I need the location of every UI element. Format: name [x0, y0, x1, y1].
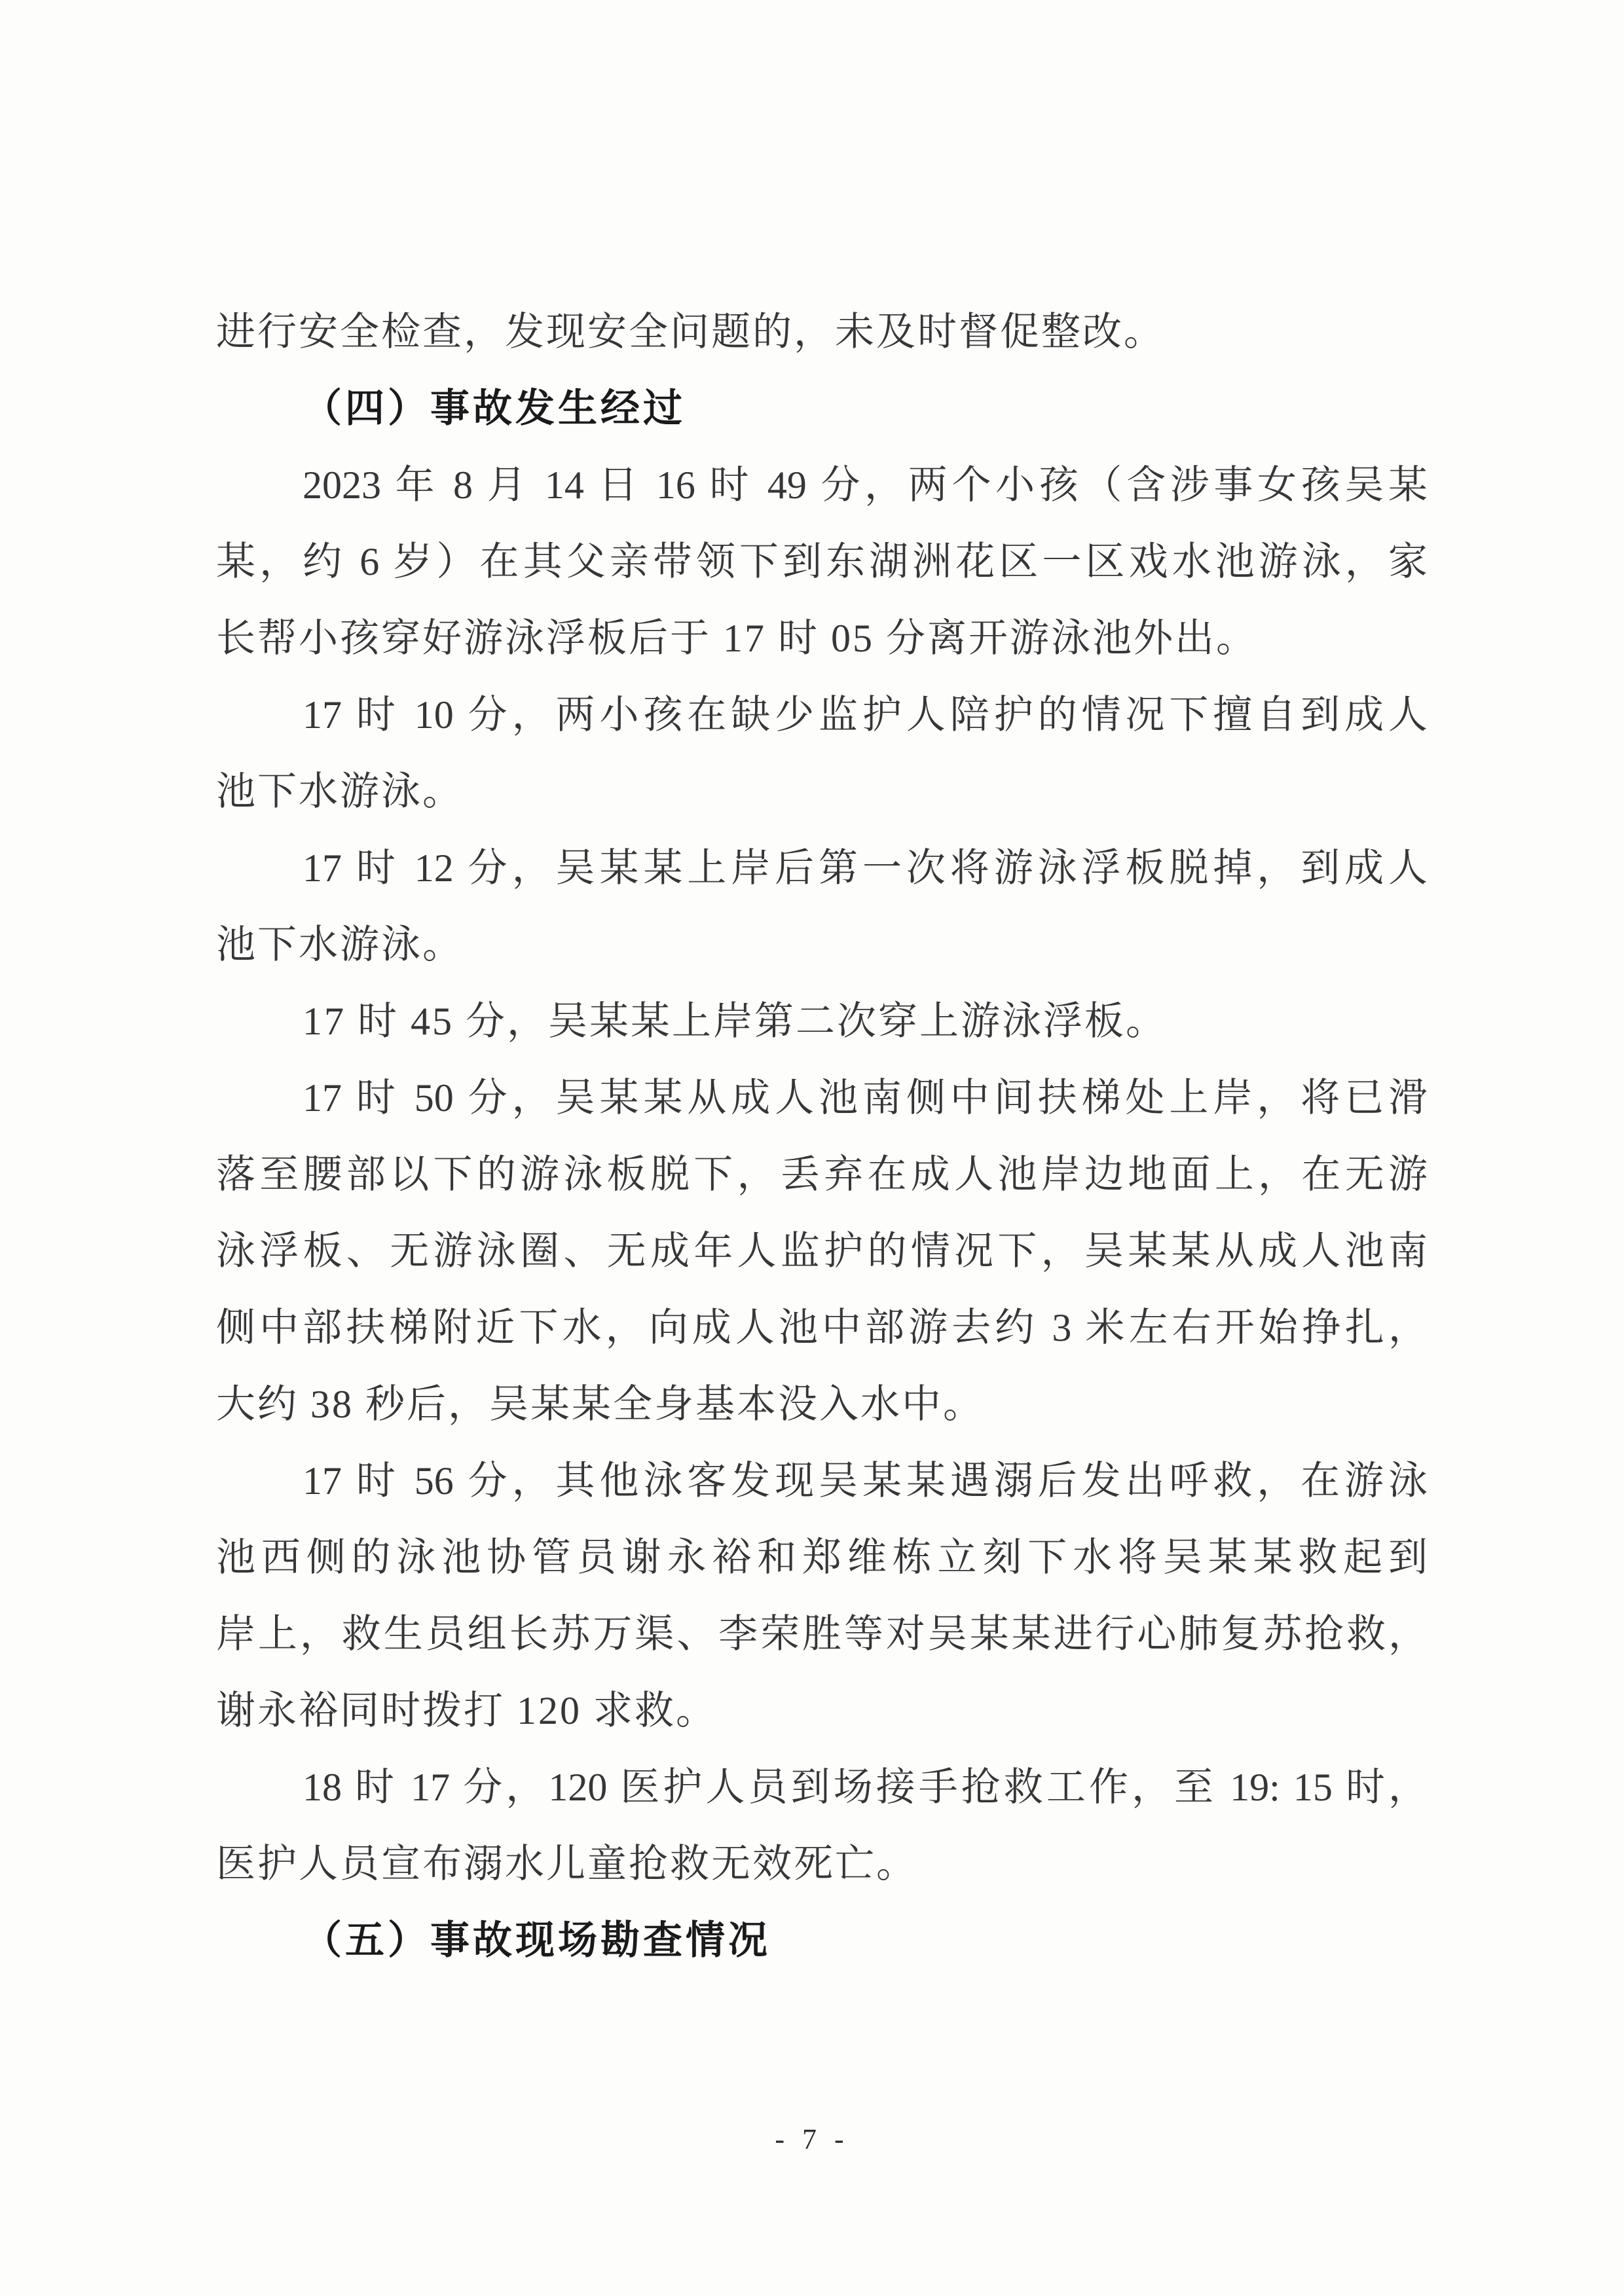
- paragraph-line: 池下水游泳。: [216, 754, 1428, 830]
- paragraph-line: 谢永裕同时拨打 120 求救。: [216, 1673, 1428, 1749]
- section-heading: （四）事故发生经过: [216, 371, 1428, 447]
- paragraph-line: 17 时 10 分，两小孩在缺少监护人陪护的情况下擅自到成人: [216, 677, 1428, 754]
- document-body: 进行安全检查，发现安全问题的，未及时督促整改。 （四）事故发生经过 2023 年…: [216, 294, 1428, 1979]
- paragraph-line: 17 时 50 分，吴某某从成人池南侧中间扶梯处上岸，将已滑: [216, 1060, 1428, 1137]
- paragraph-line: 大约 38 秒后，吴某某全身基本没入水中。: [216, 1366, 1428, 1443]
- document-page: 进行安全检查，发现安全问题的，未及时督促整改。 （四）事故发生经过 2023 年…: [0, 0, 1624, 2296]
- paragraph-line: 进行安全检查，发现安全问题的，未及时督促整改。: [216, 294, 1428, 371]
- paragraph-line: 2023 年 8 月 14 日 16 时 49 分，两个小孩（含涉事女孩吴某: [216, 447, 1428, 524]
- section-heading: （五）事故现场勘查情况: [216, 1903, 1428, 1979]
- paragraph-line: 侧中部扶梯附近下水，向成人池中部游去约 3 米左右开始挣扎，: [216, 1290, 1428, 1366]
- page-number: - 7 -: [0, 2123, 1624, 2156]
- paragraph-line: 17 时 56 分，其他泳客发现吴某某遇溺后发出呼救，在游泳: [216, 1443, 1428, 1520]
- paragraph-line: 17 时 45 分，吴某某上岸第二次穿上游泳浮板。: [216, 983, 1428, 1060]
- paragraph-line: 泳浮板、无游泳圈、无成年人监护的情况下，吴某某从成人池南: [216, 1213, 1428, 1290]
- paragraph-line: 17 时 12 分，吴某某上岸后第一次将游泳浮板脱掉，到成人: [216, 830, 1428, 907]
- paragraph-line: 18 时 17 分，120 医护人员到场接手抢救工作，至 19: 15 时，: [216, 1749, 1428, 1826]
- paragraph-line: 落至腰部以下的游泳板脱下，丢弃在成人池岸边地面上，在无游: [216, 1137, 1428, 1213]
- paragraph-line: 池下水游泳。: [216, 907, 1428, 983]
- paragraph-line: 池西侧的泳池协管员谢永裕和郑维栋立刻下水将吴某某救起到: [216, 1520, 1428, 1596]
- paragraph-line: 医护人员宣布溺水儿童抢救无效死亡。: [216, 1826, 1428, 1903]
- paragraph-line: 岸上，救生员组长苏万渠、李荣胜等对吴某某进行心肺复苏抢救，: [216, 1596, 1428, 1673]
- paragraph-line: 某，约 6 岁）在其父亲带领下到东湖洲花区一区戏水池游泳，家: [216, 524, 1428, 600]
- paragraph-line: 长帮小孩穿好游泳浮板后于 17 时 05 分离开游泳池外出。: [216, 600, 1428, 677]
